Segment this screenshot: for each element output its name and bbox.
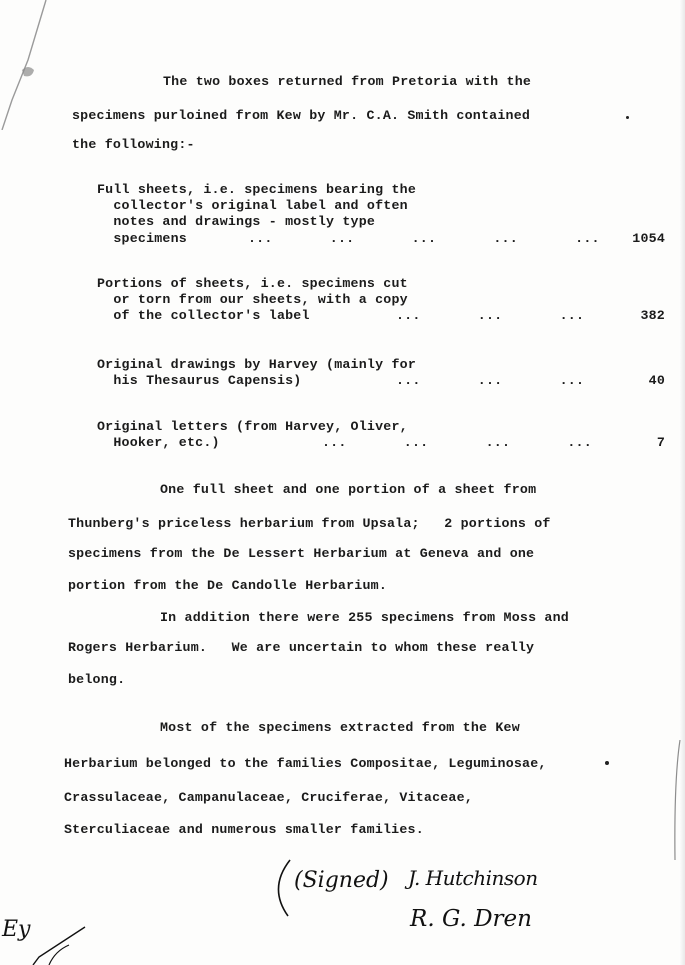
item-text: his Thesaurus Capensis) xyxy=(97,373,302,389)
item-text: Original letters (from Harvey, Oliver, xyxy=(97,419,408,435)
stray-mark xyxy=(605,761,609,765)
intro-line-3: the following:- xyxy=(72,137,195,153)
item-count: 40 xyxy=(615,373,665,389)
stray-mark xyxy=(626,116,629,119)
item-text: notes and drawings - mostly type xyxy=(97,214,375,230)
paragraph-line: Crassulaceae, Campanulaceae, Cruciferae,… xyxy=(64,790,473,806)
paragraph-line: specimens from the De Lessert Herbarium … xyxy=(68,546,534,562)
signature-dren: R. G. Dren xyxy=(410,906,532,932)
paragraph-line: Rogers Herbarium. We are uncertain to wh… xyxy=(68,640,534,656)
margin-tick-mark xyxy=(25,925,95,965)
item-text: specimens xyxy=(97,231,187,247)
paper-curl-mark xyxy=(672,740,682,860)
paragraph-line: belong. xyxy=(68,672,125,688)
item-text: Portions of sheets, i.e. specimens cut xyxy=(97,276,408,292)
paragraph-line: One full sheet and one portion of a shee… xyxy=(160,482,536,498)
item-text: or torn from our sheets, with a copy xyxy=(97,292,408,308)
torn-edge-mark xyxy=(0,0,50,130)
intro-line-1: The two boxes returned from Pretoria wit… xyxy=(163,74,531,90)
item-count: 1054 xyxy=(615,231,665,247)
item-text: Full sheets, i.e. specimens bearing the xyxy=(97,182,416,198)
item-count: 382 xyxy=(615,308,665,324)
paragraph-line: Thunberg's priceless herbarium from Upsa… xyxy=(68,516,551,532)
signature-hutchinson: J. Hutchinson xyxy=(408,866,538,890)
item-text: collector's original label and often xyxy=(97,198,408,214)
dot-leader: ... ... ... xyxy=(396,373,584,389)
paragraph-line: Herbarium belonged to the families Compo… xyxy=(64,756,547,772)
document-page: The two boxes returned from Pretoria wit… xyxy=(0,0,685,965)
paragraph-line: Most of the specimens extracted from the… xyxy=(160,720,520,736)
signed-label: (Signed) xyxy=(294,868,389,893)
signed-open-paren xyxy=(272,858,294,920)
dot-leader: ... ... ... xyxy=(396,308,584,324)
paragraph-line: portion from the De Candolle Herbarium. xyxy=(68,578,387,594)
item-text: Hooker, etc.) xyxy=(97,435,220,451)
item-text: Original drawings by Harvey (mainly for xyxy=(97,357,416,373)
paragraph-line: Sterculiaceae and numerous smaller famil… xyxy=(64,822,424,838)
dot-leader: ... ... ... ... xyxy=(322,435,592,451)
dot-leader: ... ... ... ... ... xyxy=(248,231,600,247)
intro-line-2: specimens purloined from Kew by Mr. C.A.… xyxy=(72,108,530,124)
item-count: 7 xyxy=(615,435,665,451)
item-text: of the collector's label xyxy=(97,308,310,324)
paragraph-line: In addition there were 255 specimens fro… xyxy=(160,610,569,626)
